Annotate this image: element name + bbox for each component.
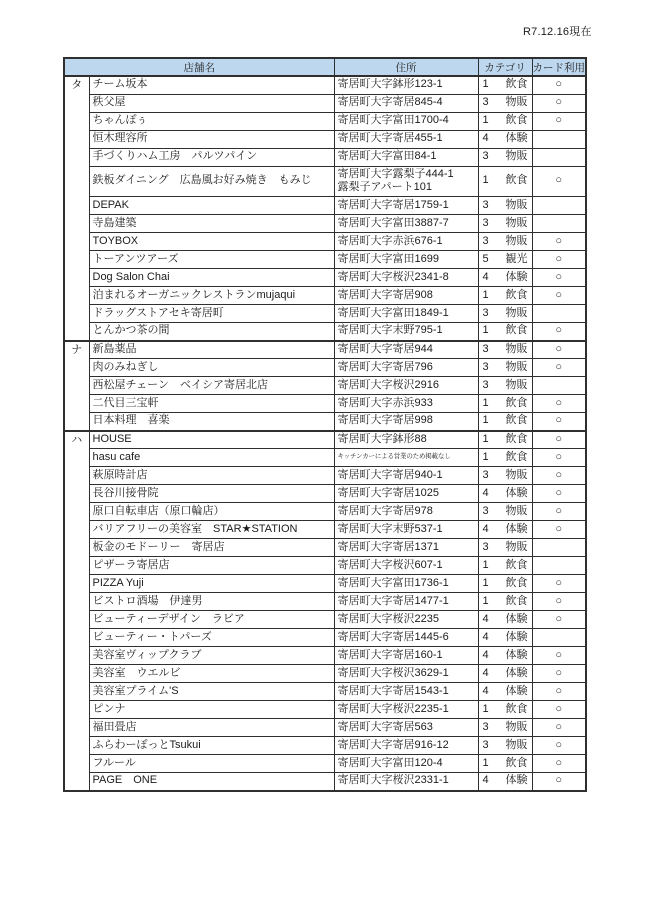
category-cell: 3物販	[478, 737, 532, 755]
category-label: 物販	[506, 361, 528, 375]
address-cell: 寄居町大字寄居845-4	[334, 94, 478, 112]
category-cell: 1飲食	[478, 575, 532, 593]
category-label: 物販	[506, 96, 528, 110]
category-label: 物販	[506, 343, 528, 357]
address-cell: 寄居町大字桜沢2341-8	[334, 269, 478, 287]
table-row: 寺島建築寄居町大字富田3887-73物販	[64, 215, 586, 233]
category-label: 体験	[506, 774, 528, 788]
category-number: 1	[483, 174, 489, 188]
category-cell: 4体験	[478, 611, 532, 629]
category-number: 1	[483, 324, 489, 338]
category-label: 体験	[506, 132, 528, 146]
address-cell: 寄居町大字寄居1543-1	[334, 683, 478, 701]
table-row: 手づくりハム工房 パルツパイン寄居町大字富田84-13物販	[64, 148, 586, 166]
header-category: カテゴリ	[478, 58, 532, 76]
address-cell: 寄居町大字赤浜676-1	[334, 233, 478, 251]
category-label: 飲食	[506, 559, 528, 573]
category-number: 3	[483, 217, 489, 231]
category-wrap: 5観光	[483, 253, 528, 267]
category-cell: 3物販	[478, 233, 532, 251]
category-wrap: 4体験	[483, 523, 528, 537]
category-cell: 4体験	[478, 665, 532, 683]
address-cell: 寄居町大字寄居1025	[334, 485, 478, 503]
category-cell: 4体験	[478, 521, 532, 539]
table-row: 肉のみねぎし寄居町大字寄居7963物販○	[64, 359, 586, 377]
shop-list-table: 店舗名 住所 カテゴリ カード利用 タチーム坂本寄居町大字鉢形123-11飲食○…	[63, 57, 587, 792]
category-cell: 1飲食	[478, 323, 532, 341]
address-cell: 寄居町大字富田120-4	[334, 755, 478, 773]
category-wrap: 4体験	[483, 631, 528, 645]
category-label: 体験	[506, 685, 528, 699]
category-number: 3	[483, 739, 489, 753]
category-wrap: 4体験	[483, 667, 528, 681]
category-label: 飲食	[506, 397, 528, 411]
category-cell: 4体験	[478, 485, 532, 503]
category-cell: 3物販	[478, 94, 532, 112]
category-label: 観光	[506, 253, 528, 267]
card-accepted-mark: ○	[532, 287, 586, 305]
table-row: PIZZA Yuji寄居町大字富田1736-11飲食○	[64, 575, 586, 593]
card-cell-empty	[532, 377, 586, 395]
category-label: 体験	[506, 523, 528, 537]
table-row: 日本料理 喜楽寄居町大字寄居9981飲食○	[64, 413, 586, 431]
category-wrap: 3物販	[483, 217, 528, 231]
address-cell: 寄居町大字露梨子444-1 露梨子アパート101	[334, 166, 478, 197]
card-accepted-mark: ○	[532, 449, 586, 467]
table-row: ちゃんぽぅ寄居町大字富田1700-41飲食○	[64, 112, 586, 130]
category-number: 1	[483, 559, 489, 573]
category-wrap: 1飲食	[483, 289, 528, 303]
category-cell: 1飲食	[478, 413, 532, 431]
category-number: 3	[483, 96, 489, 110]
group-index-cell: タ	[64, 76, 89, 341]
category-number: 4	[483, 685, 489, 699]
card-accepted-mark: ○	[532, 701, 586, 719]
group-index-cell: ナ	[64, 341, 89, 431]
category-label: 物販	[506, 721, 528, 735]
category-wrap: 4体験	[483, 487, 528, 501]
category-number: 3	[483, 343, 489, 357]
category-label: 飲食	[506, 289, 528, 303]
shop-name-cell: トーアンツアーズ	[89, 251, 334, 269]
card-cell-empty	[532, 629, 586, 647]
category-wrap: 3物販	[483, 307, 528, 321]
table-row: ピンナ寄居町大字桜沢2235-11飲食○	[64, 701, 586, 719]
shop-name-cell: ビューティーデザイン ラビア	[89, 611, 334, 629]
category-cell: 1飲食	[478, 287, 532, 305]
category-wrap: 4体験	[483, 774, 528, 788]
address-cell: 寄居町大字寄居1371	[334, 539, 478, 557]
category-cell: 1飲食	[478, 166, 532, 197]
category-cell: 3物販	[478, 377, 532, 395]
shop-name-cell: チーム坂本	[89, 76, 334, 94]
address-note-cell: キッチンカーによる営業のため掲載なし	[334, 449, 478, 467]
category-number: 4	[483, 487, 489, 501]
category-number: 1	[483, 433, 489, 447]
category-number: 3	[483, 150, 489, 164]
table-row: タチーム坂本寄居町大字鉢形123-11飲食○	[64, 76, 586, 94]
category-wrap: 3物販	[483, 150, 528, 164]
category-label: 飲食	[506, 757, 528, 771]
table-row: 福田畳店寄居町大字寄居5633物販○	[64, 719, 586, 737]
shop-name-cell: とんかつ茶の間	[89, 323, 334, 341]
category-wrap: 1飲食	[483, 414, 528, 428]
card-accepted-mark: ○	[532, 431, 586, 449]
category-cell: 3物販	[478, 467, 532, 485]
category-label: 物販	[506, 469, 528, 483]
shop-name-cell: hasu cafe	[89, 449, 334, 467]
card-accepted-mark: ○	[532, 323, 586, 341]
address-cell: 寄居町大字寄居944	[334, 341, 478, 359]
category-number: 3	[483, 199, 489, 213]
category-number: 4	[483, 667, 489, 681]
category-cell: 4体験	[478, 629, 532, 647]
address-cell: 寄居町大字富田3887-7	[334, 215, 478, 233]
shop-name-cell: 福田畳店	[89, 719, 334, 737]
category-number: 1	[483, 451, 489, 465]
shop-name-cell: Dog Salon Chai	[89, 269, 334, 287]
card-accepted-mark: ○	[532, 719, 586, 737]
category-wrap: 3物販	[483, 96, 528, 110]
shop-name-cell: ピンナ	[89, 701, 334, 719]
card-accepted-mark: ○	[532, 485, 586, 503]
category-number: 3	[483, 541, 489, 555]
card-accepted-mark: ○	[532, 395, 586, 413]
shop-name-cell: ピザーラ寄居店	[89, 557, 334, 575]
category-cell: 3物販	[478, 359, 532, 377]
shop-name-cell: 肉のみねぎし	[89, 359, 334, 377]
shop-name-cell: ビストロ酒場 伊達男	[89, 593, 334, 611]
category-label: 体験	[506, 271, 528, 285]
category-label: 物販	[506, 541, 528, 555]
category-cell: 1飲食	[478, 449, 532, 467]
category-number: 1	[483, 114, 489, 128]
card-accepted-mark: ○	[532, 665, 586, 683]
card-cell-empty	[532, 130, 586, 148]
category-label: 飲食	[506, 433, 528, 447]
shop-name-cell: 恒木理容所	[89, 130, 334, 148]
category-number: 3	[483, 361, 489, 375]
shop-name-cell: 原口自転車店（原口輪店）	[89, 503, 334, 521]
address-cell: 寄居町大字寄居1445-6	[334, 629, 478, 647]
card-accepted-mark: ○	[532, 341, 586, 359]
address-cell: 寄居町大字桜沢3629-1	[334, 665, 478, 683]
card-accepted-mark: ○	[532, 773, 586, 791]
category-number: 4	[483, 613, 489, 627]
category-label: 飲食	[506, 414, 528, 428]
shop-name-cell: 新島薬品	[89, 341, 334, 359]
address-cell: 寄居町大字末野537-1	[334, 521, 478, 539]
category-cell: 1飲食	[478, 112, 532, 130]
table-row: 萩原時計店寄居町大字寄居940-13物販○	[64, 467, 586, 485]
address-cell: 寄居町大字寄居563	[334, 719, 478, 737]
shop-name-cell: 日本料理 喜楽	[89, 413, 334, 431]
category-label: 飲食	[506, 451, 528, 465]
category-label: 物販	[506, 307, 528, 321]
category-cell: 3物販	[478, 215, 532, 233]
group-index-cell: ハ	[64, 431, 89, 791]
category-number: 1	[483, 289, 489, 303]
address-cell: 寄居町大字寄居978	[334, 503, 478, 521]
category-wrap: 3物販	[483, 469, 528, 483]
card-accepted-mark: ○	[532, 413, 586, 431]
category-label: 飲食	[506, 324, 528, 338]
category-wrap: 3物販	[483, 721, 528, 735]
category-label: 飲食	[506, 595, 528, 609]
category-number: 4	[483, 631, 489, 645]
table-row: 美容室 ウエルビ寄居町大字桜沢3629-14体験○	[64, 665, 586, 683]
card-accepted-mark: ○	[532, 94, 586, 112]
category-label: 体験	[506, 487, 528, 501]
table-row: 秩父屋寄居町大字寄居845-43物販○	[64, 94, 586, 112]
category-wrap: 3物販	[483, 199, 528, 213]
card-cell-empty	[532, 539, 586, 557]
category-wrap: 1飲食	[483, 397, 528, 411]
shop-name-cell: ドラッグストアセキ寄居町	[89, 305, 334, 323]
card-cell-empty	[532, 148, 586, 166]
category-wrap: 1飲食	[483, 324, 528, 338]
header-row: 店舗名 住所 カテゴリ カード利用	[64, 58, 586, 76]
address-cell: 寄居町大字寄居1477-1	[334, 593, 478, 611]
category-cell: 1飲食	[478, 395, 532, 413]
category-number: 3	[483, 469, 489, 483]
shop-name-cell: PAGE ONE	[89, 773, 334, 791]
category-number: 3	[483, 307, 489, 321]
category-cell: 3物販	[478, 341, 532, 359]
category-cell: 3物販	[478, 719, 532, 737]
table-row: TOYBOX寄居町大字赤浜676-13物販○	[64, 233, 586, 251]
category-wrap: 3物販	[483, 343, 528, 357]
card-cell-empty	[532, 557, 586, 575]
category-cell: 1飲食	[478, 593, 532, 611]
table-row: ビューティー・トパーズ寄居町大字寄居1445-64体験	[64, 629, 586, 647]
card-accepted-mark: ○	[532, 233, 586, 251]
category-number: 4	[483, 271, 489, 285]
table-row: hasu cafeキッチンカーによる営業のため掲載なし1飲食○	[64, 449, 586, 467]
category-wrap: 4体験	[483, 649, 528, 663]
category-label: 物販	[506, 199, 528, 213]
shop-name-cell: ふらわーぽっとTsukui	[89, 737, 334, 755]
card-accepted-mark: ○	[532, 251, 586, 269]
table-row: 泊まれるオーガニックレストランmujaqui寄居町大字寄居9081飲食○	[64, 287, 586, 305]
address-cell: 寄居町大字寄居160-1	[334, 647, 478, 665]
category-number: 1	[483, 397, 489, 411]
category-cell: 3物販	[478, 197, 532, 215]
header-address: 住所	[334, 58, 478, 76]
category-wrap: 3物販	[483, 541, 528, 555]
card-accepted-mark: ○	[532, 112, 586, 130]
table-row: トーアンツアーズ寄居町大字富田16995観光○	[64, 251, 586, 269]
table-row: DEPAK寄居町大字寄居1759-13物販	[64, 197, 586, 215]
table-row: 恒木理容所寄居町大字寄居455-14体験	[64, 130, 586, 148]
shop-name-cell: 秩父屋	[89, 94, 334, 112]
card-accepted-mark: ○	[532, 269, 586, 287]
shop-name-cell: 美容室ヴィップクラブ	[89, 647, 334, 665]
category-cell: 3物販	[478, 148, 532, 166]
category-wrap: 4体験	[483, 132, 528, 146]
shop-name-cell: 泊まれるオーガニックレストランmujaqui	[89, 287, 334, 305]
category-number: 1	[483, 414, 489, 428]
card-accepted-mark: ○	[532, 647, 586, 665]
shop-name-cell: HOUSE	[89, 431, 334, 449]
address-cell: 寄居町大字末野795-1	[334, 323, 478, 341]
address-cell: 寄居町大字寄居1759-1	[334, 197, 478, 215]
card-accepted-mark: ○	[532, 593, 586, 611]
category-number: 1	[483, 577, 489, 591]
category-wrap: 3物販	[483, 739, 528, 753]
category-cell: 3物販	[478, 305, 532, 323]
category-label: 物販	[506, 150, 528, 164]
category-wrap: 1飲食	[483, 114, 528, 128]
shop-name-cell: フルール	[89, 755, 334, 773]
category-number: 1	[483, 703, 489, 717]
category-cell: 1飲食	[478, 701, 532, 719]
shop-name-cell: TOYBOX	[89, 233, 334, 251]
category-number: 5	[483, 253, 489, 267]
shop-name-cell: 手づくりハム工房 パルツパイン	[89, 148, 334, 166]
category-wrap: 1飲食	[483, 433, 528, 447]
card-accepted-mark: ○	[532, 467, 586, 485]
category-wrap: 3物販	[483, 379, 528, 393]
shop-name-cell: 二代目三宝軒	[89, 395, 334, 413]
address-cell: 寄居町大字富田1736-1	[334, 575, 478, 593]
shop-name-cell: 美容室 ウエルビ	[89, 665, 334, 683]
shop-name-cell: PIZZA Yuji	[89, 575, 334, 593]
category-wrap: 1飲食	[483, 174, 528, 188]
table-row: バリアフリーの美容室 STAR★STATION寄居町大字末野537-14体験○	[64, 521, 586, 539]
category-label: 物販	[506, 217, 528, 231]
shop-name-cell: 板金のモドーリー 寄居店	[89, 539, 334, 557]
shop-name-cell: 寺島建築	[89, 215, 334, 233]
category-label: 体験	[506, 649, 528, 663]
category-cell: 5観光	[478, 251, 532, 269]
category-label: 飲食	[506, 577, 528, 591]
category-cell: 1飲食	[478, 755, 532, 773]
shop-name-cell: バリアフリーの美容室 STAR★STATION	[89, 521, 334, 539]
category-wrap: 1飲食	[483, 595, 528, 609]
as-of-date: R7.12.16現在	[523, 23, 592, 39]
table-row: 長谷川接骨院寄居町大字寄居10254体験○	[64, 485, 586, 503]
table-row: ふらわーぽっとTsukui寄居町大字寄居916-123物販○	[64, 737, 586, 755]
category-number: 1	[483, 595, 489, 609]
card-cell-empty	[532, 197, 586, 215]
card-cell-empty	[532, 305, 586, 323]
table-row: 鉄板ダイニング 広島風お好み焼き もみじ寄居町大字露梨子444-1 露梨子アパー…	[64, 166, 586, 197]
shop-name-cell: 美容室プライム'S	[89, 683, 334, 701]
category-number: 3	[483, 235, 489, 249]
card-cell-empty	[532, 215, 586, 233]
category-label: 物販	[506, 235, 528, 249]
table-row: ナ新島薬品寄居町大字寄居9443物販○	[64, 341, 586, 359]
category-label: 体験	[506, 667, 528, 681]
shop-name-cell: ちゃんぽぅ	[89, 112, 334, 130]
category-number: 4	[483, 523, 489, 537]
table-row: ドラッグストアセキ寄居町寄居町大字富田1849-13物販	[64, 305, 586, 323]
shop-name-cell: 西松屋チェーン ベイシア寄居北店	[89, 377, 334, 395]
card-accepted-mark: ○	[532, 521, 586, 539]
table-row: 西松屋チェーン ベイシア寄居北店寄居町大字桜沢29163物販	[64, 377, 586, 395]
category-wrap: 4体験	[483, 685, 528, 699]
category-label: 物販	[506, 739, 528, 753]
table-row: とんかつ茶の間寄居町大字末野795-11飲食○	[64, 323, 586, 341]
address-cell: 寄居町大字桜沢2235-1	[334, 701, 478, 719]
card-accepted-mark: ○	[532, 166, 586, 197]
category-number: 3	[483, 505, 489, 519]
card-accepted-mark: ○	[532, 683, 586, 701]
address-cell: 寄居町大字赤浜933	[334, 395, 478, 413]
address-cell: 寄居町大字富田1699	[334, 251, 478, 269]
table-row: PAGE ONE寄居町大字桜沢2331-14体験○	[64, 773, 586, 791]
category-wrap: 4体験	[483, 613, 528, 627]
category-wrap: 3物販	[483, 505, 528, 519]
category-cell: 3物販	[478, 539, 532, 557]
shop-name-cell: 鉄板ダイニング 広島風お好み焼き もみじ	[89, 166, 334, 197]
shop-name-cell: 萩原時計店	[89, 467, 334, 485]
card-accepted-mark: ○	[532, 503, 586, 521]
table-row: ビューティーデザイン ラビア寄居町大字桜沢22354体験○	[64, 611, 586, 629]
category-label: 体験	[506, 631, 528, 645]
category-number: 1	[483, 757, 489, 771]
category-cell: 3物販	[478, 503, 532, 521]
shop-name-cell: DEPAK	[89, 197, 334, 215]
category-cell: 1飲食	[478, 431, 532, 449]
card-accepted-mark: ○	[532, 755, 586, 773]
address-cell: 寄居町大字寄居908	[334, 287, 478, 305]
address-cell: 寄居町大字寄居940-1	[334, 467, 478, 485]
table-row: ビストロ酒場 伊達男寄居町大字寄居1477-11飲食○	[64, 593, 586, 611]
address-cell: 寄居町大字寄居455-1	[334, 130, 478, 148]
category-wrap: 3物販	[483, 235, 528, 249]
table-body: タチーム坂本寄居町大字鉢形123-11飲食○秩父屋寄居町大字寄居845-43物販…	[64, 76, 586, 791]
category-cell: 1飲食	[478, 557, 532, 575]
category-wrap: 1飲食	[483, 577, 528, 591]
category-number: 1	[483, 78, 489, 92]
address-cell: 寄居町大字富田84-1	[334, 148, 478, 166]
table-row: 美容室ヴィップクラブ寄居町大字寄居160-14体験○	[64, 647, 586, 665]
card-accepted-mark: ○	[532, 575, 586, 593]
table-row: 板金のモドーリー 寄居店寄居町大字寄居13713物販	[64, 539, 586, 557]
category-cell: 4体験	[478, 683, 532, 701]
address-cell: 寄居町大字寄居916-12	[334, 737, 478, 755]
shop-name-cell: ビューティー・トパーズ	[89, 629, 334, 647]
category-cell: 4体験	[478, 773, 532, 791]
category-number: 4	[483, 132, 489, 146]
category-cell: 4体験	[478, 647, 532, 665]
address-cell: 寄居町大字鉢形123-1	[334, 76, 478, 94]
table-row: 美容室プライム'S寄居町大字寄居1543-14体験○	[64, 683, 586, 701]
category-label: 飲食	[506, 174, 528, 188]
category-label: 物販	[506, 505, 528, 519]
table-row: フルール寄居町大字富田120-41飲食○	[64, 755, 586, 773]
category-cell: 1飲食	[478, 76, 532, 94]
category-cell: 4体験	[478, 130, 532, 148]
header-card-usage: カード利用	[532, 58, 586, 76]
table-row: Dog Salon Chai寄居町大字桜沢2341-84体験○	[64, 269, 586, 287]
category-label: 飲食	[506, 703, 528, 717]
card-accepted-mark: ○	[532, 359, 586, 377]
card-accepted-mark: ○	[532, 76, 586, 94]
category-wrap: 1飲食	[483, 703, 528, 717]
category-label: 飲食	[506, 78, 528, 92]
category-label: 体験	[506, 613, 528, 627]
address-cell: 寄居町大字寄居998	[334, 413, 478, 431]
shop-name-cell: 長谷川接骨院	[89, 485, 334, 503]
category-number: 4	[483, 774, 489, 788]
category-wrap: 1飲食	[483, 451, 528, 465]
category-cell: 4体験	[478, 269, 532, 287]
category-wrap: 1飲食	[483, 559, 528, 573]
address-cell: 寄居町大字寄居796	[334, 359, 478, 377]
